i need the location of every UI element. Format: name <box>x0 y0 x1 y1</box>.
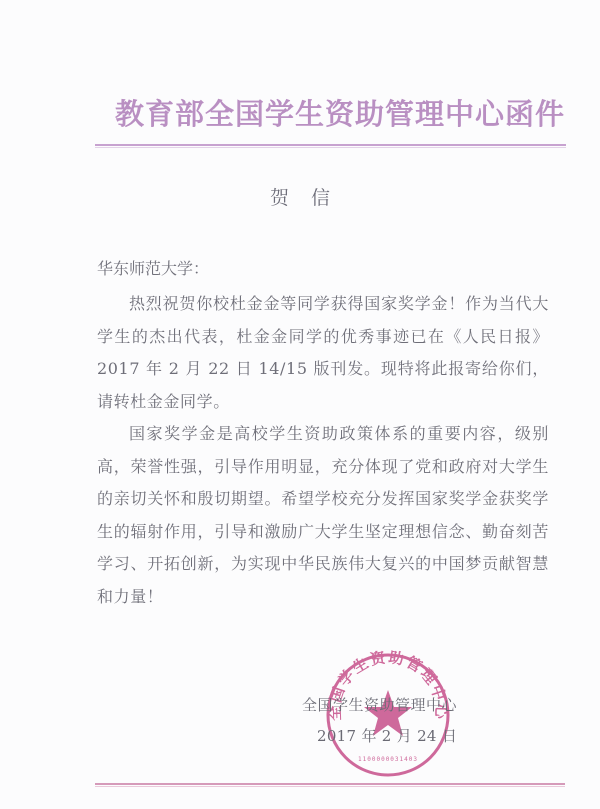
letterhead-title: 教育部全国学生资助管理中心函件 <box>100 92 580 133</box>
signature: 全国学生资助管理中心 <box>302 694 457 715</box>
official-seal: 全国学生资助管理中心 1100000031403 <box>323 650 453 780</box>
document-title: 贺信 <box>0 183 600 210</box>
letter-body: 热烈祝贺你校杜金金等同学获得国家奖学金！作为当代大学生的杰出代表，杜金金同学的优… <box>97 288 549 613</box>
footer-divider <box>95 783 565 787</box>
letterhead-divider <box>95 144 566 148</box>
letter-date: 2017 年 2 月 24 日 <box>317 725 457 746</box>
letter-page: 教育部全国学生资助管理中心函件 贺信 华东师范大学： 热烈祝贺你校杜金金等同学获… <box>0 0 600 809</box>
seal-serial: 1100000031403 <box>358 756 418 763</box>
salutation: 华东师范大学： <box>97 256 209 279</box>
paragraph: 热烈祝贺你校杜金金等同学获得国家奖学金！作为当代大学生的杰出代表，杜金金同学的优… <box>97 288 549 418</box>
paragraph: 国家奖学金是高校学生资助政策体系的重要内容，级别高，荣誉性强，引导作用明显，充分… <box>97 418 549 613</box>
